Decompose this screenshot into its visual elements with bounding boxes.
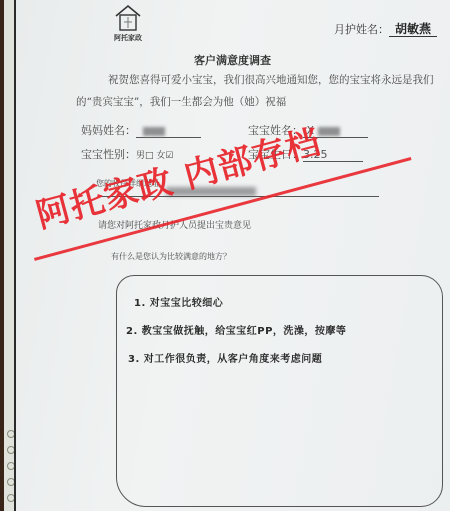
satisfaction-question: 有什么是您认为比较满意的地方？	[111, 251, 231, 262]
mother-name-field: 妈妈姓名：	[81, 122, 201, 138]
logo-text: 阿托家政	[108, 33, 148, 43]
caregiver-signature: 胡敏燕	[389, 22, 437, 37]
intro-line-2: 的“贵宾宝宝”，我们一生都会为他（她）祝福	[76, 94, 286, 109]
answer-3: 3. 对工作很负责，从客户角度来考虑问题	[128, 350, 322, 365]
mother-name-value	[136, 124, 201, 138]
caregiver-name-field: 月护姓名：胡敏燕	[334, 20, 437, 37]
redacted-text	[143, 127, 165, 136]
answer-box	[116, 275, 443, 507]
baby-gender-label: 宝宝性别：	[81, 148, 136, 161]
document-title: 客户满意度调查	[194, 52, 271, 68]
survey-document: 阿托家政 月护姓名：胡敏燕 客户满意度调查 祝贺您喜得可爱小宝宝，我们很高兴地通…	[14, 0, 450, 511]
company-logo: 阿托家政	[108, 4, 148, 43]
intro-line-1: 祝贺您喜得可爱小宝宝，我们很高兴地通知您，您的宝宝将永远是我们	[108, 72, 434, 87]
answer-2: 2. 教宝宝做抚触，给宝宝红PP，洗澡，按摩等	[126, 322, 346, 337]
mother-name-label: 妈妈姓名：	[81, 124, 136, 137]
caregiver-label: 月护姓名：	[334, 23, 389, 36]
house-icon	[113, 4, 143, 32]
redacted-text	[318, 127, 340, 136]
answer-1: 1. 对宝宝比较细心	[134, 294, 223, 309]
